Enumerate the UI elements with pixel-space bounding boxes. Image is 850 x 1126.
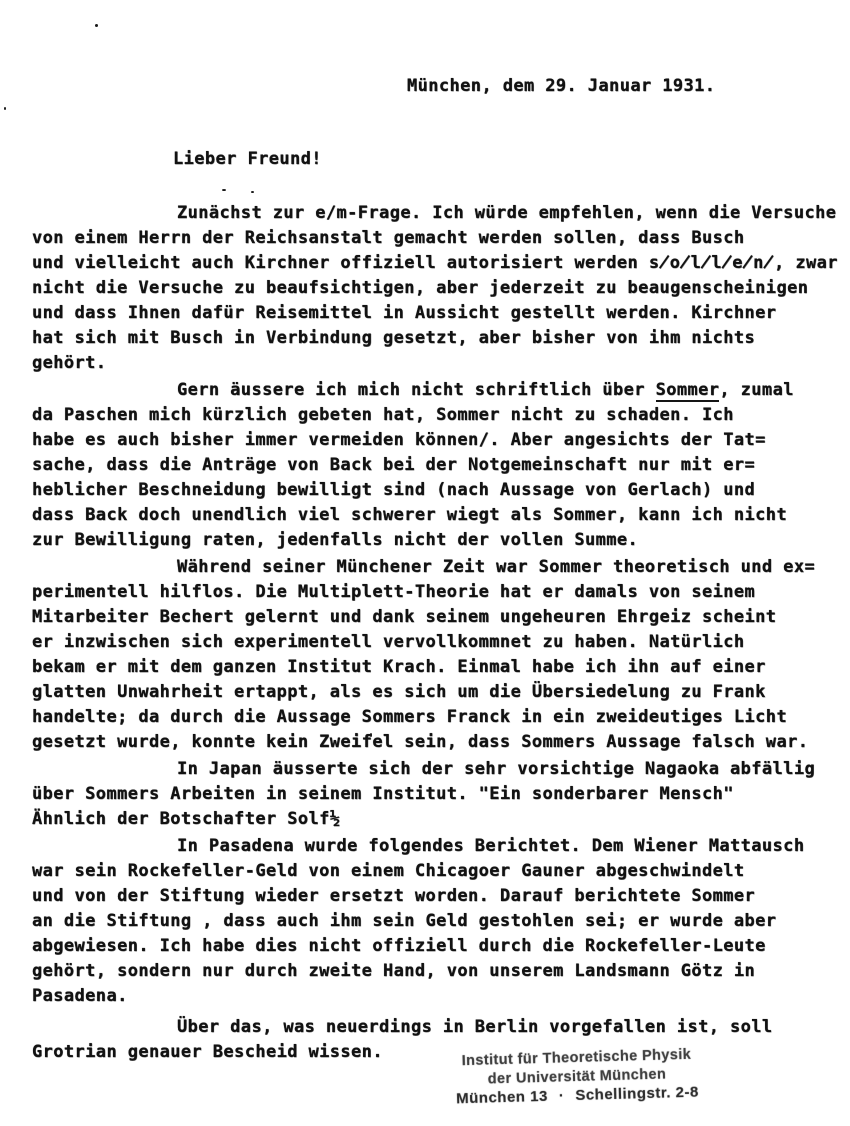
stamp-street: Schellingstr. 2-8 xyxy=(575,1084,699,1104)
salutation: Lieber Freund! xyxy=(173,149,322,169)
letter-line: dass Back doch unendlich viel schwerer w… xyxy=(32,503,832,528)
letter-text: da Paschen mich kürzlich gebeten hat, So… xyxy=(32,405,734,425)
letter-text: Grotrian genauer Bescheid wissen. xyxy=(32,1042,383,1062)
letter-text: handelte; da durch die Aussage Sommers F… xyxy=(32,707,787,727)
letter-text-underline: Sommer xyxy=(656,380,720,402)
letter-page: München, dem 29. Januar 1931. Lieber Fre… xyxy=(0,0,850,1126)
letter-line: abgewiesen. Ich habe dies nicht offiziel… xyxy=(32,934,832,959)
letter-text: hat sich mit Busch in Verbindung gesetzt… xyxy=(32,328,755,348)
letter-text: abgewiesen. Ich habe dies nicht offiziel… xyxy=(32,936,766,956)
letter-text: Gern äussere ich mich nicht schriftlich … xyxy=(177,380,656,400)
letter-text: Pasadena. xyxy=(32,986,128,1006)
letter-line: an die Stiftung , dass auch ihm sein Gel… xyxy=(32,909,832,934)
letter-line: In Japan äusserte sich der sehr vorsicht… xyxy=(32,757,832,782)
letter-line: da Paschen mich kürzlich gebeten hat, So… xyxy=(32,403,832,428)
dateline: München, dem 29. Januar 1931. xyxy=(407,76,715,96)
letter-text: heblicher Beschneidung bewilligt sind (n… xyxy=(32,480,755,500)
letter-text: und vielleicht auch Kirchner offiziell a… xyxy=(32,253,649,273)
letter-line: Mitarbeiter Bechert gelernt und dank sei… xyxy=(32,605,832,630)
letter-text: Ähnlich der Botschafter Solf½ xyxy=(32,809,340,829)
letter-text-struck: s̸o̸l̸l̸e̸n̸ xyxy=(649,253,774,273)
letter-text: nicht die Versuche zu beaufsichtigen, ab… xyxy=(32,278,808,298)
letter-line: Grotrian genauer Bescheid wissen. xyxy=(32,1040,832,1065)
letter-line: sache, dass die Anträge von Back bei der… xyxy=(32,453,832,478)
letter-line: In Pasadena wurde folgendes Berichtet. D… xyxy=(32,834,832,859)
letter-paragraph: In Japan äusserte sich der sehr vorsicht… xyxy=(32,757,832,832)
letter-text: glatten Unwahrheit ertappt, als es sich … xyxy=(32,682,766,702)
letter-text: In Pasadena wurde folgendes Berichtet. D… xyxy=(177,836,804,856)
letter-line: gesetzt wurde, konnte kein Zweifel sein,… xyxy=(32,730,832,755)
letter-text: perimentell hilflos. Die Multiplett-Theo… xyxy=(32,582,755,602)
institute-stamp: Institut für Theoretische Physik der Uni… xyxy=(441,1045,712,1110)
letter-line: zur Bewilligung raten, jedenfalls nicht … xyxy=(32,528,832,553)
letter-paragraph: Zunächst zur e/m-Frage. Ich würde empfeh… xyxy=(32,201,832,376)
letter-text: gesetzt wurde, konnte kein Zweifel sein,… xyxy=(32,732,808,752)
letter-line: Gern äussere ich mich nicht schriftlich … xyxy=(32,378,832,403)
letter-paragraph: In Pasadena wurde folgendes Berichtet. D… xyxy=(32,834,832,1009)
letter-line: hat sich mit Busch in Verbindung gesetzt… xyxy=(32,326,832,351)
letter-line: gehört, sondern nur durch zweite Hand, v… xyxy=(32,959,832,984)
letter-line: von einem Herrn der Reichsanstalt gemach… xyxy=(32,226,832,251)
letter-text: und dass Ihnen dafür Reisemittel in Auss… xyxy=(32,303,776,323)
ink-speck xyxy=(251,191,254,193)
letter-text: von einem Herrn der Reichsanstalt gemach… xyxy=(32,228,745,248)
ink-speck xyxy=(222,189,226,191)
letter-text: dass Back doch unendlich viel schwerer w… xyxy=(32,505,787,525)
letter-text: sache, dass die Anträge von Back bei der… xyxy=(32,455,755,475)
letter-line: bekam er mit dem ganzen Institut Krach. … xyxy=(32,655,832,680)
letter-line: und vielleicht auch Kirchner offiziell a… xyxy=(32,251,832,276)
letter-text: Zunächst zur e/m-Frage. Ich würde empfeh… xyxy=(177,203,836,223)
letter-text: er inzwischen sich experimentell vervoll… xyxy=(32,632,745,652)
letter-line: gehört. xyxy=(32,351,832,376)
letter-text: Während seiner Münchener Zeit war Sommer… xyxy=(177,557,815,577)
letter-line: habe es auch bisher immer vermeiden könn… xyxy=(32,428,832,453)
letter-text: habe es auch bisher immer vermeiden könn… xyxy=(32,430,766,450)
letter-text: , zumal xyxy=(719,380,793,400)
letter-line: nicht die Versuche zu beaufsichtigen, ab… xyxy=(32,276,832,301)
letter-line: glatten Unwahrheit ertappt, als es sich … xyxy=(32,680,832,705)
letter-line: war sein Rockefeller-Geld von einem Chic… xyxy=(32,859,832,884)
letter-line: Über das, was neuerdings in Berlin vorge… xyxy=(32,1015,832,1040)
letter-text: In Japan äusserte sich der sehr vorsicht… xyxy=(177,759,815,779)
letter-line: und dass Ihnen dafür Reisemittel in Auss… xyxy=(32,301,832,326)
letter-text: zur Bewilligung raten, jedenfalls nicht … xyxy=(32,530,638,550)
letter-line: Zunächst zur e/m-Frage. Ich würde empfeh… xyxy=(32,201,832,226)
letter-line: über Sommers Arbeiten in seinem Institut… xyxy=(32,782,832,807)
letter-paragraph: Gern äussere ich mich nicht schriftlich … xyxy=(32,378,832,553)
letter-line: perimentell hilflos. Die Multiplett-Theo… xyxy=(32,580,832,605)
stamp-city: München 13 xyxy=(456,1088,548,1108)
letter-text: über Sommers Arbeiten in seinem Institut… xyxy=(32,784,734,804)
letter-text: bekam er mit dem ganzen Institut Krach. … xyxy=(32,657,766,677)
letter-text: war sein Rockefeller-Geld von einem Chic… xyxy=(32,861,745,881)
letter-text: , zwar xyxy=(774,253,838,273)
letter-text: Mitarbeiter Bechert gelernt und dank sei… xyxy=(32,607,776,627)
letter-line: Pasadena. xyxy=(32,984,832,1009)
letter-text: gehört. xyxy=(32,353,106,373)
letter-paragraph: Während seiner Münchener Zeit war Sommer… xyxy=(32,555,832,755)
letter-line: heblicher Beschneidung bewilligt sind (n… xyxy=(32,478,832,503)
letter-line: Während seiner Münchener Zeit war Sommer… xyxy=(32,555,832,580)
letter-text: Über das, was neuerdings in Berlin vorge… xyxy=(177,1017,773,1037)
letter-paragraph: Über das, was neuerdings in Berlin vorge… xyxy=(32,1015,832,1065)
ink-speck xyxy=(95,24,98,27)
stamp-separator-dot: · xyxy=(559,1086,565,1106)
letter-line: Ähnlich der Botschafter Solf½ xyxy=(32,807,832,832)
ink-speck xyxy=(370,733,372,737)
letter-line: er inzwischen sich experimentell vervoll… xyxy=(32,630,832,655)
letter-text: und von der Stiftung wieder ersetzt word… xyxy=(32,886,755,906)
letter-line: und von der Stiftung wieder ersetzt word… xyxy=(32,884,832,909)
letter-line: handelte; da durch die Aussage Sommers F… xyxy=(32,705,832,730)
letter-text: an die Stiftung , dass auch ihm sein Gel… xyxy=(32,911,776,931)
letter-body: Zunächst zur e/m-Frage. Ich würde empfeh… xyxy=(32,201,832,1065)
letter-text: gehört, sondern nur durch zweite Hand, v… xyxy=(32,961,755,981)
ink-speck xyxy=(4,107,6,110)
